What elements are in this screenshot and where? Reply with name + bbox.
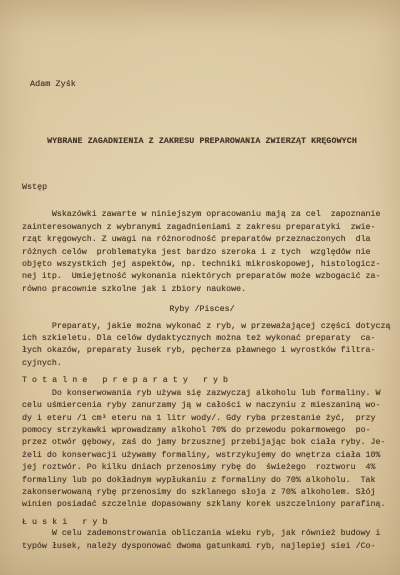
section: Wstęp Wskazówki zawarte w niniejszym opr… — [22, 181, 382, 296]
text-line: winien posiadać szczelnie dopasowany szk… — [22, 499, 382, 511]
text-line: zakonserwowaną rybę przenosimy do szklan… — [22, 487, 382, 499]
text-line: Preparaty, jakie można wykonać z ryb, w … — [22, 321, 382, 333]
paragraph: Wskazówki zawarte w niniejszym opracowan… — [22, 209, 382, 296]
text-line: żeli do konserwacji używamy formaliny, w… — [22, 450, 382, 462]
section-heading: Wstęp — [22, 181, 382, 193]
text-line: jej roztwór. Po kilku dniach przenosimy … — [22, 462, 382, 474]
text-line: różnych celów problematyka jest bardzo s… — [22, 247, 382, 259]
author-name: Adam Zyśk — [30, 78, 382, 90]
section: Ryby /Pisces/ Preparaty, jakie można wyk… — [22, 303, 382, 370]
document-page: Adam Zyśk WYBRANE ZAGADNIENIA Z ZAKRESU … — [0, 0, 400, 575]
section-heading: T o t a l n e p r e p a r a t y r y b — [22, 374, 382, 386]
text-line: celu uśmiercenia ryby zanurzamy ją w cał… — [22, 400, 382, 412]
text-line: łych okazów, preparaty łusek ryb, pęcher… — [22, 345, 382, 357]
text-line: ich szkieletu. Dla celów dydaktycznych m… — [22, 333, 382, 345]
section: T o t a l n e p r e p a r a t y r y b Do… — [22, 374, 382, 511]
section: Ł u s k i r y b W celu zademonstrowania … — [22, 516, 382, 553]
document-title: WYBRANE ZAGADNIENIA Z ZAKRESU PREPAROWAN… — [22, 136, 382, 148]
text-line: rząt kręgowych. Z uwagi na różnorodność … — [22, 234, 382, 246]
text-line: formaliny lub po dokładnym wypłukaniu z … — [22, 475, 382, 487]
paragraph: Preparaty, jakie można wykonać z ryb, w … — [22, 321, 382, 371]
text-line: dy i eteru /1 cm³ eteru na 1 litr wody/.… — [22, 413, 382, 425]
document-body: Wstęp Wskazówki zawarte w niniejszym opr… — [22, 181, 382, 553]
text-line: Do konserwowania ryb używa się zazwyczaj… — [22, 388, 382, 400]
text-line: przez otwór gębowy, zaś do jamy brzuszne… — [22, 437, 382, 449]
text-line: zainteresowanych z wybranymi zagadnienia… — [22, 222, 382, 234]
text-line: pomocy strzykawki wprowadzamy alkohol 70… — [22, 425, 382, 437]
text-line: nej itp. Umiejętność wykonania niektóryc… — [22, 271, 382, 283]
paragraph: Do konserwowania ryb używa się zazwyczaj… — [22, 388, 382, 512]
section-heading: Ł u s k i r y b — [22, 516, 382, 528]
text-line: równo pracownie szkolne jak i zbiory nau… — [22, 284, 382, 296]
text-line: Wskazówki zawarte w niniejszym opracowan… — [22, 209, 382, 221]
paragraph: W celu zademonstrowania obliczania wieku… — [22, 528, 382, 553]
text-line: typów łusek, należy dysponować dwoma gat… — [22, 541, 382, 553]
text-line: objęto wszystkich jej aspektów, np. tech… — [22, 259, 382, 271]
text-line: cyjnych. — [22, 358, 382, 370]
text-line: W celu zademonstrowania obliczania wieku… — [22, 528, 382, 540]
section-heading: Ryby /Pisces/ — [22, 303, 382, 315]
